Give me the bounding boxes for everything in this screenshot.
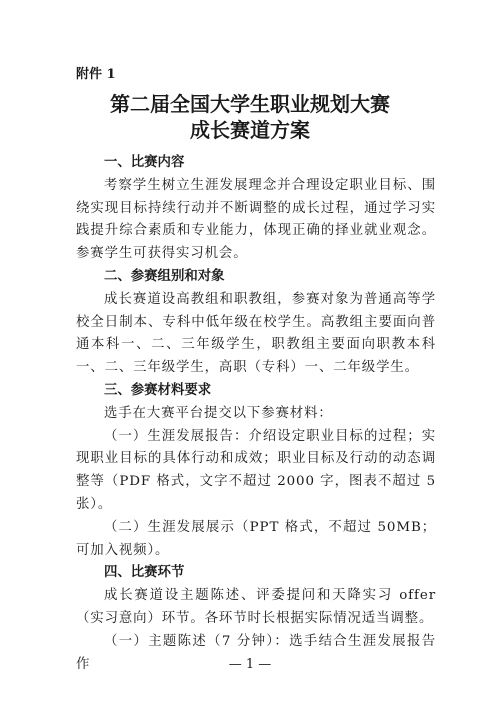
section-heading-stages: 四、比赛环节 <box>76 562 436 585</box>
attachment-label: 附件 1 <box>76 63 116 82</box>
page-number: — 1 — <box>0 657 500 672</box>
paragraph: （一）生涯发展报告：介绍设定职业目标的过程；实现职业目标的具体行动和成效；职业目… <box>76 426 436 517</box>
paragraph: 成长赛道设主题陈述、评委提问和天降实习 offer（实习意向）环节。各环节时长根… <box>76 585 436 631</box>
document-title-line1: 第二届全国大学生职业规划大赛 <box>0 88 500 117</box>
section-heading-materials: 三、参赛材料要求 <box>76 380 436 403</box>
paragraph: （二）生涯发展展示（PPT 格式，不超过 50MB；可加入视频）。 <box>76 517 436 563</box>
paragraph: 选手在大赛平台提交以下参赛材料： <box>76 403 436 426</box>
section-heading-content: 一、比赛内容 <box>76 152 436 175</box>
section-heading-groups: 二、参赛组别和对象 <box>76 266 436 289</box>
document-body: 一、比赛内容 考察学生树立生涯发展理念并合理设定职业目标、围绕实现目标持续行动并… <box>76 152 436 676</box>
document-title-line2: 成长赛道方案 <box>0 114 500 143</box>
document-page: 附件 1 第二届全国大学生职业规划大赛 成长赛道方案 一、比赛内容 考察学生树立… <box>0 0 500 707</box>
paragraph: 成长赛道设高教组和职教组，参赛对象为普通高等学校全日制本、专科中低年级在校学生。… <box>76 289 436 380</box>
paragraph: 考察学生树立生涯发展理念并合理设定职业目标、围绕实现目标持续行动并不断调整的成长… <box>76 175 436 266</box>
